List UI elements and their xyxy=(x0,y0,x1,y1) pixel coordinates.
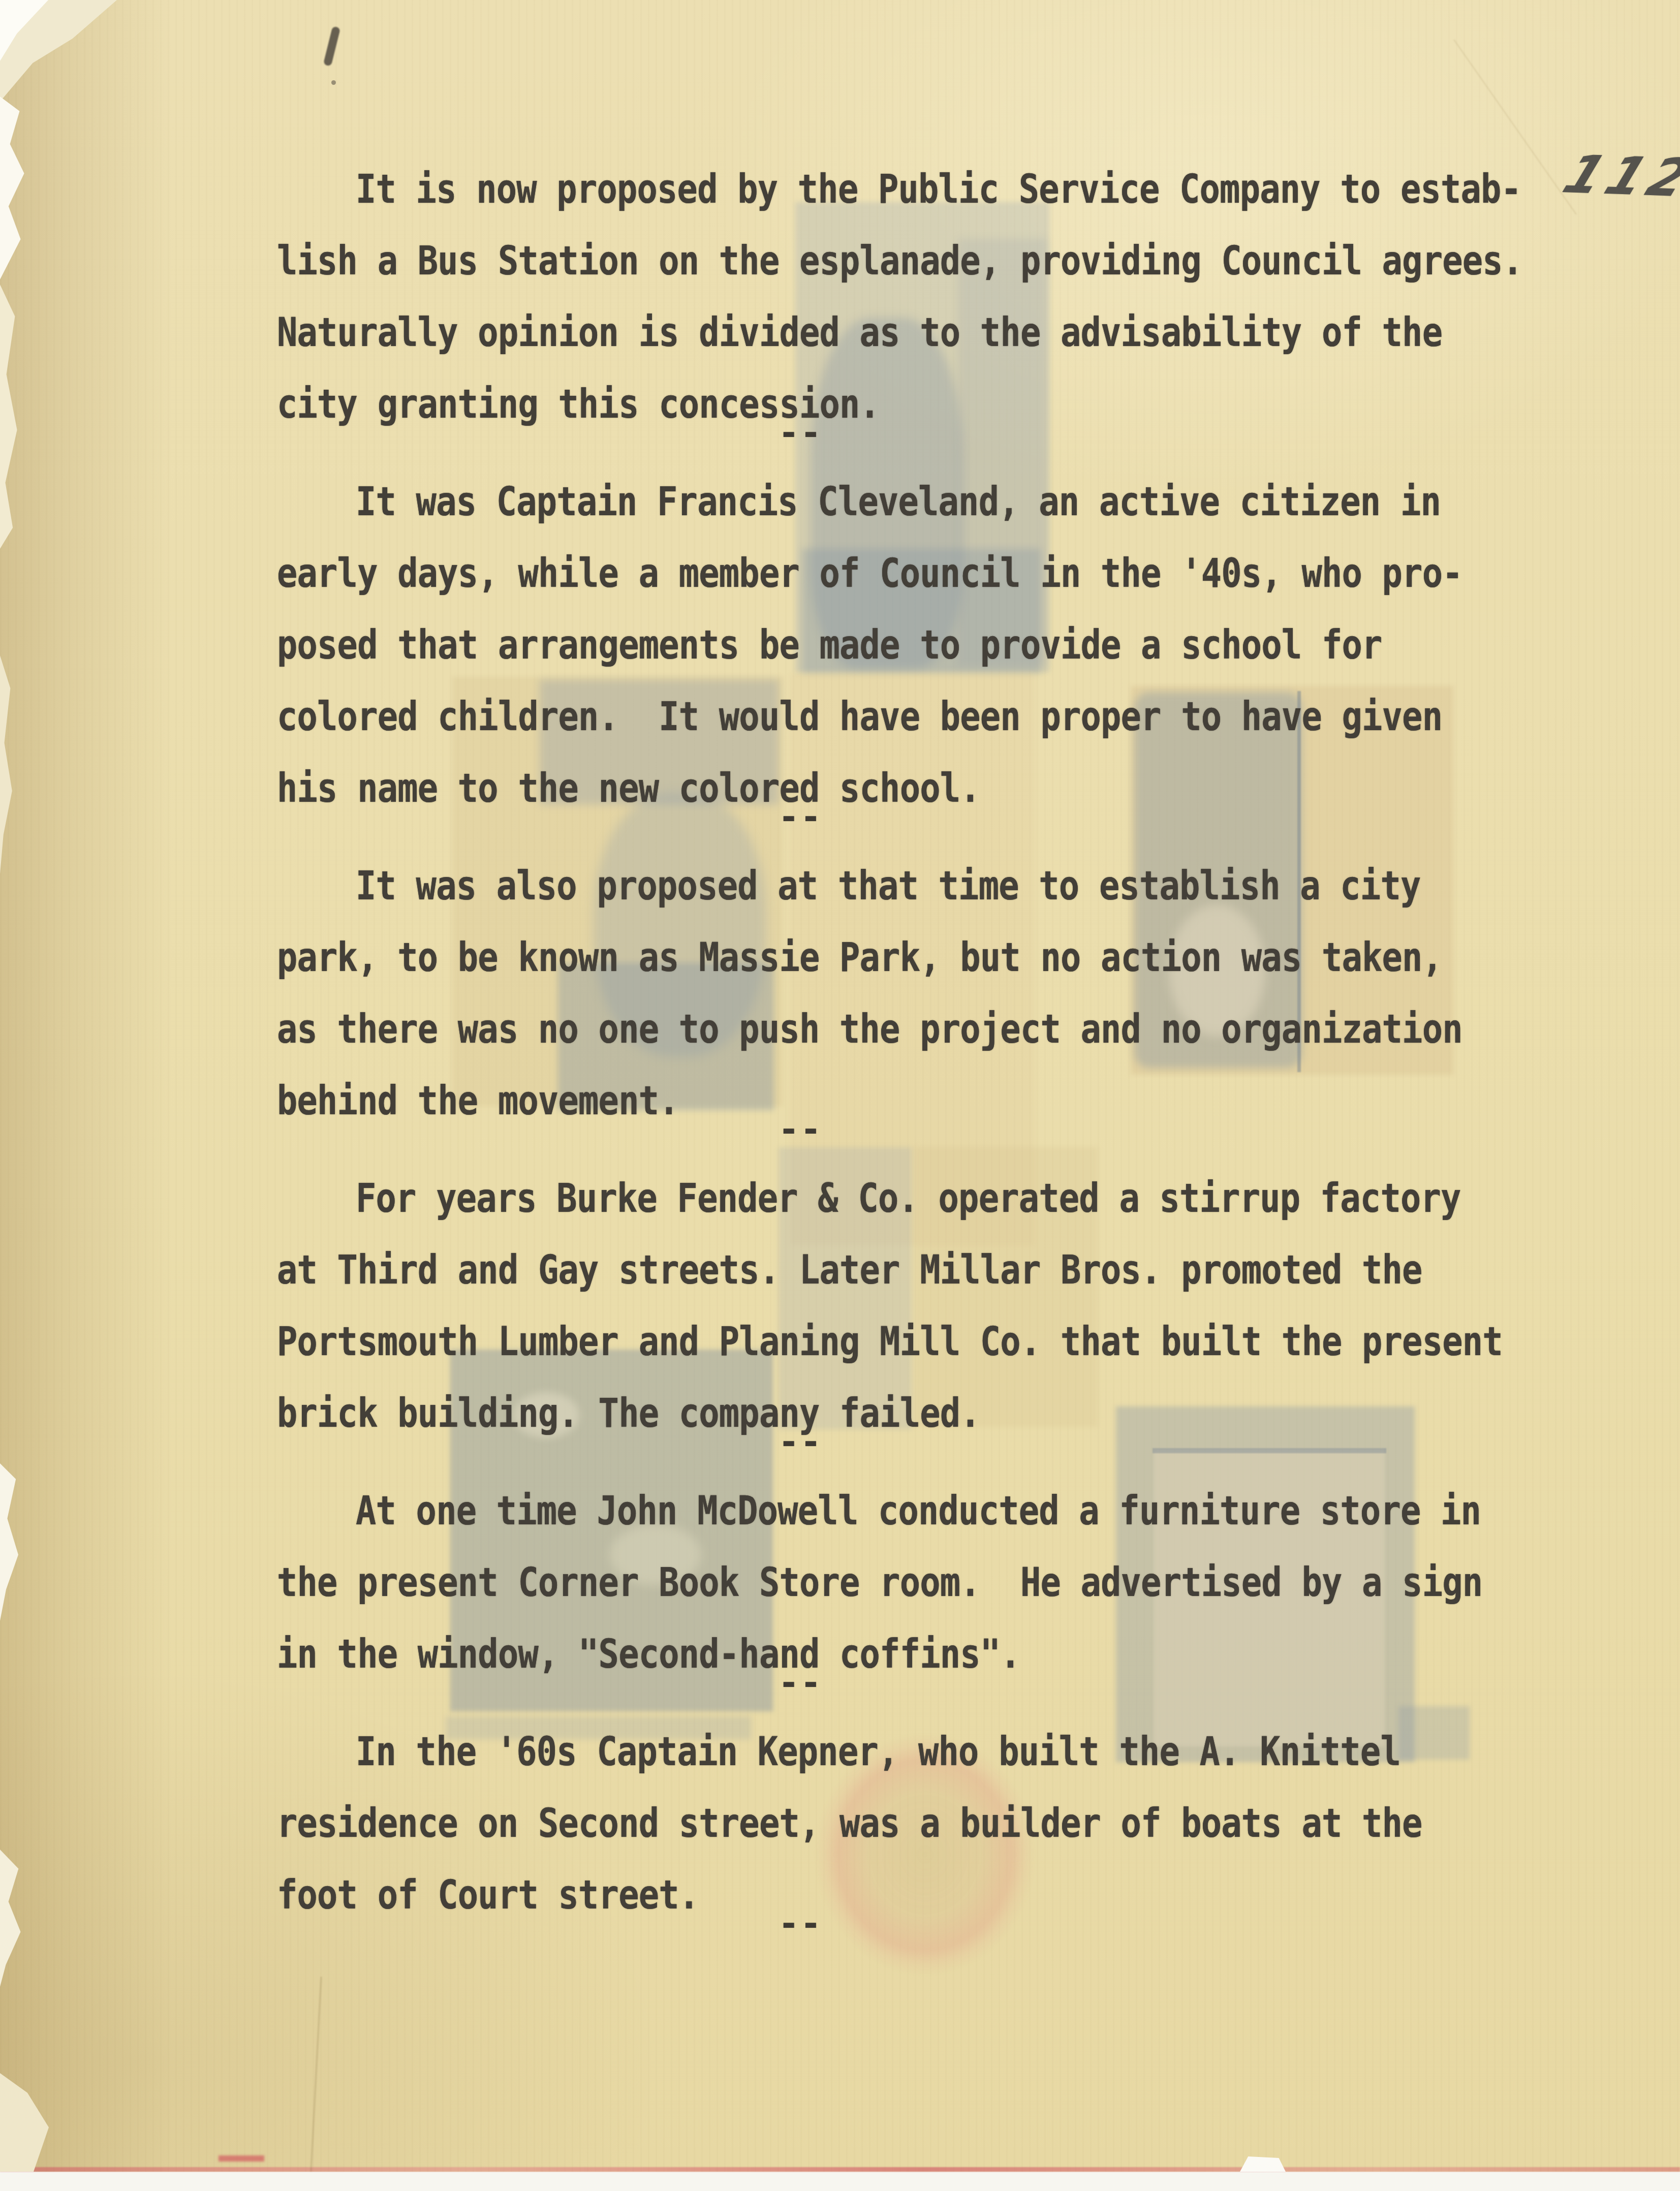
typed-line: behind the movement. xyxy=(277,1059,1598,1143)
paragraph: At one time John McDowell conducted a fu… xyxy=(277,1475,1598,1690)
separator-dashes: -- xyxy=(779,1888,931,1960)
typed-line: brick building. The company failed. xyxy=(277,1372,1598,1455)
separator-dashes: -- xyxy=(779,781,931,853)
typed-line: early days, while a member of Council in… xyxy=(277,532,1598,615)
typed-line: Portsmouth Lumber and Planing Mill Co. t… xyxy=(277,1300,1598,1384)
separator-dashes: -- xyxy=(779,1647,931,1719)
typed-line: the present Corner Book Store room. He a… xyxy=(277,1541,1598,1624)
typed-line: city granting this concession. xyxy=(277,363,1598,446)
typed-line: foot of Court street. xyxy=(277,1854,1598,1937)
typed-line: It was also proposed at that time to est… xyxy=(277,844,1598,928)
paragraph: It was also proposed at that time to est… xyxy=(277,850,1598,1137)
paragraph: It was Captain Francis Cleveland, an act… xyxy=(277,466,1598,824)
typed-line: park, to be known as Massie Park, but no… xyxy=(277,916,1598,999)
typed-line: Naturally opinion is divided as to the a… xyxy=(277,291,1598,374)
paragraph: It is now proposed by the Public Service… xyxy=(277,153,1598,440)
typed-line: For years Burke Fender & Co. operated a … xyxy=(277,1157,1598,1240)
paragraph: In the '60s Captain Kepner, who built th… xyxy=(277,1716,1598,1931)
scanned-page: It is now proposed by the Public Service… xyxy=(0,0,1680,2172)
separator-dashes: -- xyxy=(779,397,931,469)
typed-line: in the window, "Second-hand coffins". xyxy=(277,1613,1598,1696)
typed-line: posed that arrangements be made to provi… xyxy=(277,604,1598,687)
typed-line: At one time John McDowell conducted a fu… xyxy=(277,1469,1598,1553)
red-mark-bottom xyxy=(219,2155,264,2162)
typed-line: It is now proposed by the Public Service… xyxy=(277,148,1598,231)
typed-line: It was Captain Francis Cleveland, an act… xyxy=(277,460,1598,544)
typed-line: his name to the new colored school. xyxy=(277,747,1598,830)
typed-line: colored children. It would have been pro… xyxy=(277,675,1598,759)
separator-dashes: -- xyxy=(779,1406,931,1478)
typed-line: at Third and Gay streets. Later Millar B… xyxy=(277,1229,1598,1312)
paragraph: For years Burke Fender & Co. operated a … xyxy=(277,1163,1598,1449)
typed-line: residence on Second street, was a builde… xyxy=(277,1782,1598,1865)
typed-line: In the '60s Captain Kepner, who built th… xyxy=(277,1710,1598,1794)
separator-dashes: -- xyxy=(779,1094,931,1166)
typed-line: as there was no one to push the project … xyxy=(277,988,1598,1071)
ink-dot xyxy=(331,80,336,85)
typed-line: lish a Bus Station on the esplanade, pro… xyxy=(277,220,1598,303)
